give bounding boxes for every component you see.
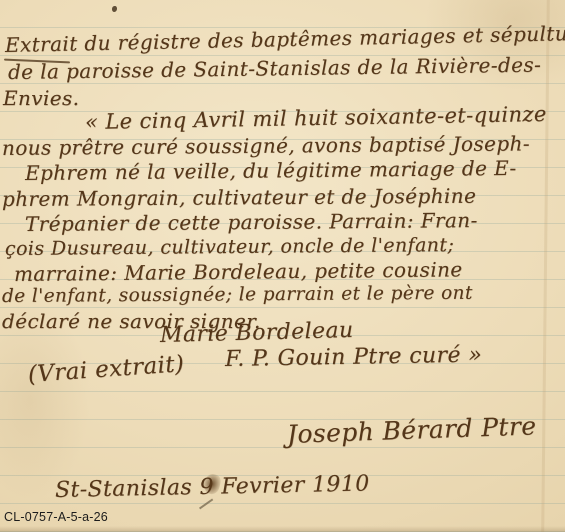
page-edge-shadow	[0, 526, 565, 532]
body-line-5: Trépanier de cette paroisse. Parrain: Fr…	[25, 208, 478, 236]
manuscript-page: Extrait du régistre des baptêmes mariage…	[0, 0, 565, 532]
body-line-1: « Le cinq Avril mil huit soixante-et-qui…	[85, 102, 547, 134]
body-line-7: marraine: Marie Bordeleau, petite cousin…	[14, 257, 463, 286]
body-line-3: Ephrem né la veille, du légitime mariage…	[25, 156, 517, 185]
body-line-6: çois Dusureau, cultivateur, oncle de l'e…	[5, 234, 454, 260]
archive-reference-label: CL-0757-A-5-a-26	[4, 510, 108, 524]
ink-speck	[112, 6, 117, 12]
body-line-4: phrem Mongrain, cultivateur et de Joséph…	[2, 184, 476, 211]
signature-certifier: Joseph Bérard Ptre	[286, 411, 536, 449]
signature-witness: Marie Bordeleau	[160, 318, 354, 348]
body-line-8: de l'enfant, soussignée; le parrain et l…	[2, 283, 473, 307]
signature-priest: F. P. Gouin Ptre curé »	[225, 343, 483, 372]
pencil-stroke	[199, 499, 213, 509]
heading-line-3: Envies.	[3, 86, 79, 110]
